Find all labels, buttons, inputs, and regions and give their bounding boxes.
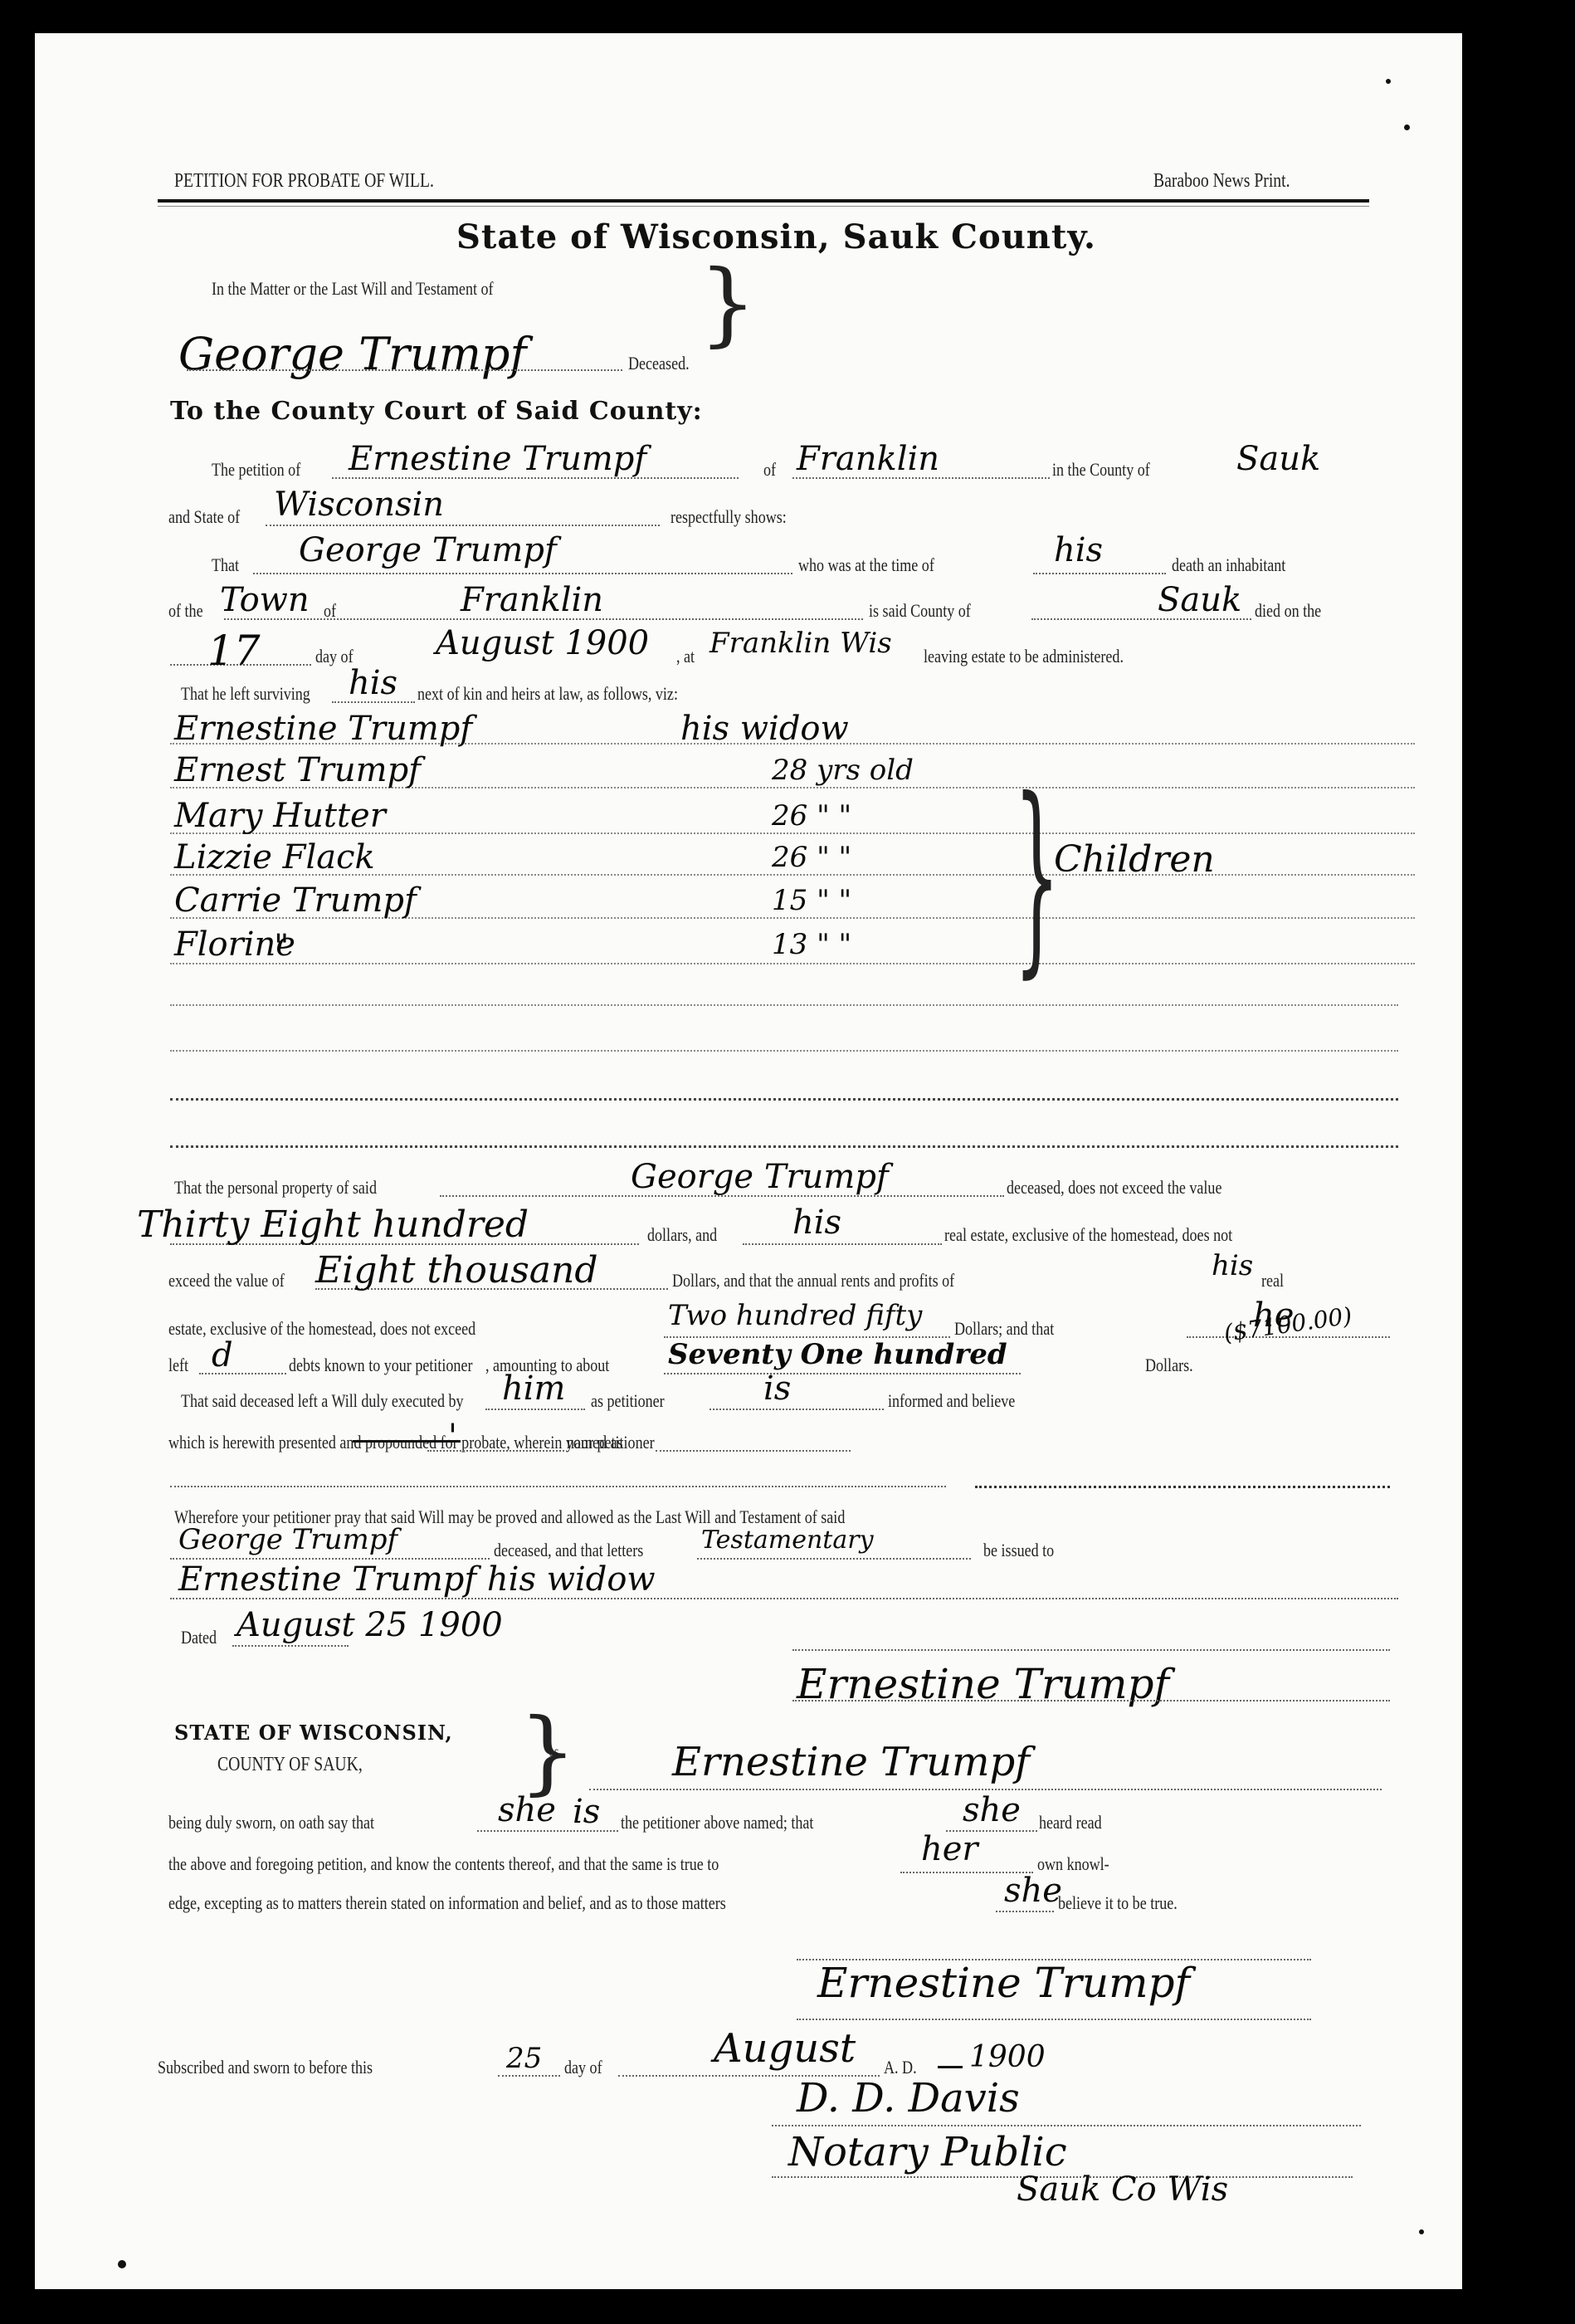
dated-line [232, 1645, 349, 1647]
label: died on the [1255, 600, 1321, 622]
decedent-name: George Trumpf [178, 328, 526, 380]
mark: ' [448, 1418, 457, 1456]
label: day of [315, 646, 354, 667]
label: next of kin and heirs at law, as follows… [417, 683, 678, 705]
blank-line [170, 1145, 1398, 1148]
label: That the personal property of said [174, 1177, 377, 1199]
children-label: Children [1054, 838, 1215, 881]
label: exceed the value of [168, 1270, 285, 1291]
heir-name: Ernestine Trumpf [174, 710, 472, 748]
label: be issued to [983, 1540, 1054, 1561]
debts-value: Seventy One hundred [668, 1338, 1007, 1371]
dated-value: August 25 1900 [236, 1606, 503, 1644]
deceased-label: Deceased. [628, 353, 690, 374]
blank-line [170, 1004, 1398, 1006]
fill-line [709, 1409, 884, 1410]
is-word: is [763, 1369, 791, 1408]
personal-property-value: Thirty Eight hundred [137, 1203, 529, 1246]
fill-line [743, 1243, 942, 1245]
death-day: 17 [207, 627, 261, 675]
pronoun: his [1212, 1249, 1253, 1282]
label: the petitioner above named; that [621, 1812, 813, 1833]
is-word: is [573, 1793, 600, 1831]
label: who was at the time of [798, 554, 934, 576]
signature-line [772, 2125, 1361, 2126]
heir-name: Lizzie Flack [174, 838, 375, 876]
strikethrough [938, 2066, 963, 2068]
dated-label: Dated [181, 1627, 217, 1648]
heir-age: 13 " " [772, 928, 851, 961]
fill-line [697, 1558, 971, 1560]
heir-age: 26 " " [772, 799, 851, 832]
death-place: Franklin Wis [709, 627, 892, 660]
town: Franklin [797, 440, 939, 478]
label: Dollars. [1145, 1355, 1193, 1376]
label: real [1261, 1270, 1284, 1291]
label: in the County of [1052, 459, 1150, 481]
fill-line [1033, 573, 1166, 574]
label: the above and foregoing petition, and kn… [168, 1853, 719, 1875]
label: named as [567, 1432, 623, 1453]
fill-line [498, 2075, 560, 2077]
matter-intro: In the Matter or the Last Will and Testa… [212, 278, 494, 300]
debts-flag: d [212, 1336, 233, 1374]
affiant-name: Ernestine Trumpf [672, 1739, 1030, 1785]
notary-signature: D. D. Davis [797, 2075, 1020, 2121]
fill-line [996, 1911, 1054, 1912]
affidavit-county: COUNTY OF SAUK, [217, 1754, 363, 1776]
notary-title: Notary Public [788, 2129, 1067, 2175]
label: That [212, 554, 239, 576]
pronoun: her [921, 1830, 978, 1868]
affidavit-state: STATE OF WISCONSIN, [174, 1721, 453, 1745]
notary-location: Sauk Co Wis [1017, 2170, 1228, 2209]
jurat-year: 1900 [969, 2040, 1046, 2074]
heir-name: Ernest Trumpf [174, 751, 421, 789]
petitioner-name: Ernestine Trumpf [349, 440, 646, 478]
affidavit-brace: } [519, 1706, 577, 1797]
rents-value: Two hundred fifty [668, 1299, 922, 1332]
label: Dollars, and that the annual rents and p… [672, 1270, 954, 1291]
decedent-name: George Trumpf [299, 531, 557, 569]
heir-relation: " [274, 928, 289, 966]
fill-line [253, 573, 792, 574]
affiant-line [589, 1789, 1382, 1790]
jurat-month: August [714, 2025, 856, 2072]
ink-speck [1386, 79, 1391, 84]
label: day of [564, 2057, 602, 2078]
state: Wisconsin [274, 486, 444, 524]
to-court-heading: To the County Court of Said County: [170, 397, 703, 426]
label: That he left surviving [181, 683, 310, 705]
printer-credit: Baraboo News Print. [1153, 170, 1290, 193]
death-month-year: August 1900 [436, 624, 649, 662]
blank-line [170, 1486, 946, 1487]
municipality: Franklin [461, 581, 603, 619]
label: death an inhabitant [1172, 554, 1285, 576]
label: Subscribed and sworn to before this [158, 2057, 373, 2078]
label: and State of [168, 506, 240, 528]
blank-line [975, 1486, 1390, 1488]
decedent-line [187, 369, 622, 371]
county: Sauk [1158, 581, 1241, 619]
heir-name: Mary Hutter [174, 797, 386, 835]
heir-name: Carrie Trumpf [174, 881, 417, 920]
signature-line [792, 1649, 1390, 1651]
fill-line [664, 1373, 1021, 1374]
label: left [168, 1355, 188, 1376]
label: dollars, and [647, 1224, 717, 1246]
decedent-name: George Trumpf [178, 1523, 397, 1556]
heir-age: 26 " " [772, 841, 851, 874]
label: edge, excepting as to matters therein st… [168, 1892, 726, 1914]
ink-speck [118, 2260, 126, 2268]
label: heard read [1039, 1812, 1102, 1833]
county: Sauk [1236, 440, 1320, 478]
signature-line [797, 2019, 1311, 2020]
pronoun: she [963, 1791, 1021, 1829]
fill-line [485, 1409, 585, 1410]
issued-to: Ernestine Trumpf his widow [178, 1560, 656, 1599]
pronoun: she [498, 1791, 556, 1829]
label: real estate, exclusive of the homestead,… [944, 1224, 1232, 1246]
label: is said County of [869, 600, 971, 622]
letters-type: Testamentary [701, 1526, 874, 1555]
heir-relation: his widow [680, 710, 849, 748]
fill-line [656, 1450, 851, 1452]
label: leaving estate to be administered. [924, 646, 1124, 667]
blank-line [170, 1098, 1398, 1101]
signature-line [792, 1700, 1390, 1701]
real-estate-value: Eight thousand [315, 1249, 598, 1291]
label: as petitioner [591, 1390, 665, 1412]
label: deceased, does not exceed the value [1007, 1177, 1221, 1199]
blank-line [170, 1050, 1398, 1052]
jurat-day: 25 [506, 2042, 542, 2075]
fill-line [266, 525, 660, 526]
form-title: PETITION FOR PROBATE OF WILL. [174, 170, 434, 193]
label: of the [168, 600, 203, 622]
heir-line [170, 963, 1415, 964]
strikethrough [353, 1440, 461, 1443]
header-rule-thin [158, 206, 1369, 207]
label: The petition of [212, 459, 300, 481]
ink-speck [1419, 2229, 1424, 2234]
label: believe it to be true. [1058, 1892, 1178, 1914]
label: debts known to your petitioner [289, 1355, 472, 1376]
ink-speck [1404, 124, 1410, 130]
label: That said deceased left a Will duly exec… [181, 1390, 464, 1412]
label: , at [676, 646, 695, 667]
affiant-signature: Ernestine Trumpf [817, 1959, 1190, 2007]
label: being duly sworn, on oath say that [168, 1812, 374, 1833]
matter-brace: } [699, 257, 757, 349]
header-rule-thick [158, 199, 1369, 203]
pronoun: his [1054, 531, 1103, 569]
pronoun: his [349, 664, 397, 702]
executed-by: him [502, 1369, 565, 1408]
decedent-name: George Trumpf [631, 1158, 889, 1196]
heir-age: 15 " " [772, 884, 851, 917]
municipality-type: Town [220, 581, 310, 619]
heir-age: 28 yrs old [772, 754, 914, 787]
fill-line [170, 1558, 490, 1560]
label: informed and believe [888, 1390, 1015, 1412]
state-heading: State of Wisconsin, Sauk County. [456, 217, 1096, 256]
label: of [763, 459, 776, 481]
ss-label: ss. [549, 1743, 562, 1760]
label: of [324, 600, 336, 622]
pronoun: she [1004, 1872, 1062, 1910]
pronoun: his [792, 1203, 841, 1242]
label: deceased, and that letters [494, 1540, 643, 1561]
label: respectfully shows: [670, 506, 787, 528]
label: Dollars; and that [954, 1318, 1054, 1340]
